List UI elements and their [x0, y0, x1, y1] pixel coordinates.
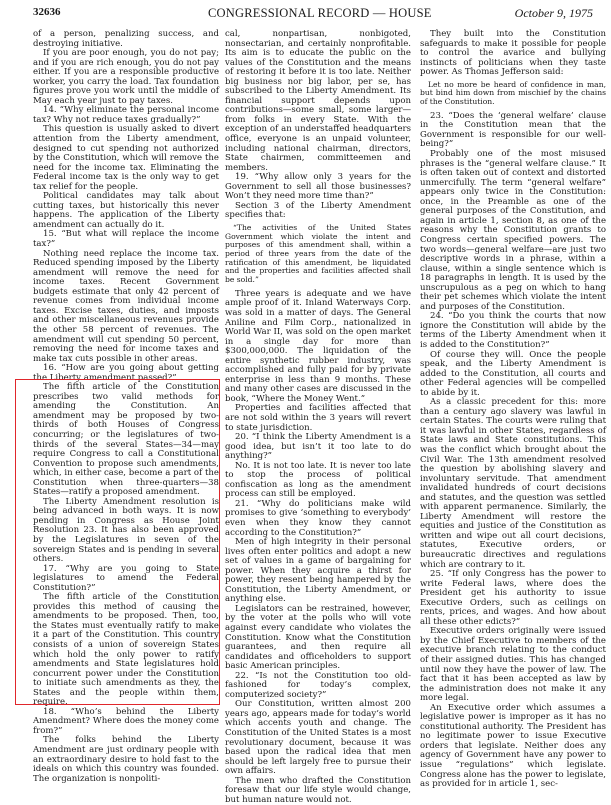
question-16: 16. “How are you going about getting the…: [33, 364, 219, 383]
block-quote: Let no more be heard of confidence in ma…: [420, 81, 606, 107]
block-quote: “The activities of the United States Gov…: [225, 224, 411, 285]
paragraph: As a classic precedent for this: more th…: [420, 398, 606, 570]
paragraph: cal, nonpartisan, nonbigoted, nonsectari…: [225, 30, 411, 173]
paragraph: Men of high integrity in their personal …: [225, 538, 411, 605]
page-number: 32636: [33, 6, 61, 18]
question-15: 15. “But what will replace the income ta…: [33, 230, 219, 249]
question-14: 14. “Why eliminate the personal income t…: [33, 106, 219, 125]
text-column-3: They built into the Constitution safegua…: [420, 30, 606, 790]
paragraph: Properties and facilities affected that …: [225, 404, 411, 433]
question-24: 24. “Do you think the courts that now ig…: [420, 312, 606, 350]
paragraph: The men who drafted the Constitution for…: [225, 777, 411, 805]
question-17: 17. “Why are you going to State legislat…: [33, 565, 219, 594]
question-20: 20. “I think the Liberty Amendment is a …: [225, 433, 411, 462]
publication-title: CONGRESSIONAL RECORD — HOUSE: [208, 6, 432, 21]
page-header: 32636 CONGRESSIONAL RECORD — HOUSE Octob…: [33, 6, 593, 22]
question-21: 21. “Why do politicians make wild promis…: [225, 500, 411, 538]
paragraph: Probably one of the most misused phrases…: [420, 150, 606, 312]
question-19: 19. “Why allow only 3 years for the Gove…: [225, 173, 411, 202]
paragraph: They built into the Constitution safegua…: [420, 30, 606, 78]
paragraph: Political candidates may talk about cutt…: [33, 192, 219, 230]
paragraph: The Liberty Amendment resolution is bein…: [33, 498, 219, 565]
text-column-1: of a person, penalizing success, and des…: [33, 30, 219, 784]
paragraph: Nothing need replace the income tax. Red…: [33, 250, 219, 365]
question-25: 25. “If only Congress has the power to w…: [420, 570, 606, 627]
paragraph: The fifth article of the Constitution pr…: [33, 383, 219, 498]
paragraph: The fifth article of the Constitution pr…: [33, 593, 219, 708]
question-18: 18. “Who’s behind the Liberty Amendment?…: [33, 708, 219, 737]
paragraph: Section 3 of the Liberty Amendment speci…: [225, 202, 411, 221]
question-23: 23. “Does the ‘general welfare’ clause i…: [420, 112, 606, 150]
paragraph: Legislators can be restrained, however, …: [225, 605, 411, 672]
publication-date: October 9, 1975: [515, 6, 593, 21]
paragraph: An Executive order which assumes a legis…: [420, 704, 606, 790]
paragraph: Executive orders originally were issued …: [420, 627, 606, 703]
text-column-2: cal, nonpartisan, nonbigoted, nonsectari…: [225, 30, 411, 805]
paragraph: of a person, penalizing success, and des…: [33, 30, 219, 49]
paragraph: Of course they will. Once the people spe…: [420, 351, 606, 399]
paragraph: Three years is adequate and we have ampl…: [225, 290, 411, 405]
question-22: 22. “Is not the Constitution too old-fas…: [225, 672, 411, 701]
paragraph: No. It is not too late. It is never too …: [225, 462, 411, 500]
paragraph: This question is usually asked to divert…: [33, 125, 219, 192]
paragraph: If you are poor enough, you do not pay; …: [33, 49, 219, 106]
paragraph: Our Constitution, written almost 200 yea…: [225, 700, 411, 776]
paragraph: The folks behind the Liberty Amendment a…: [33, 736, 219, 784]
